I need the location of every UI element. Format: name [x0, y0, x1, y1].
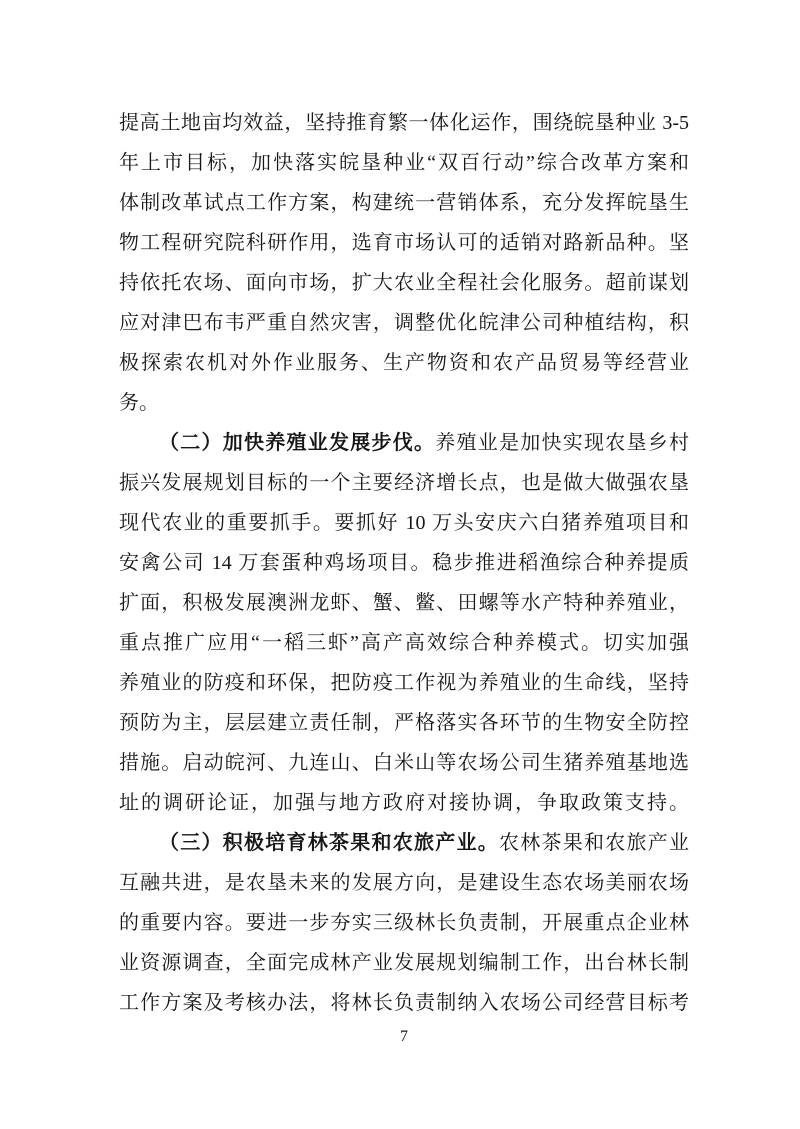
section-heading: （二）加快养殖业发展步伐。	[159, 432, 435, 454]
text-line: 工作方案及考核办法，将林长负责制纳入农场公司经营目标考	[119, 983, 689, 1023]
text-line: 互融共进，是农垦未来的发展方向，是建设生态农场美丽农场	[119, 863, 689, 903]
text-line: 提高土地亩均效益，坚持推育繁一体化运作，围绕皖垦种业 3-5	[119, 103, 689, 143]
document-page: 提高土地亩均效益，坚持推育繁一体化运作，围绕皖垦种业 3-5年上市目标，加快落实…	[0, 0, 800, 1129]
text-line: 极探索农机对外作业服务、生产物资和农产品贸易等经营业	[119, 343, 689, 383]
text-line: 年上市目标，加快落实皖垦种业“双百行动”综合改革方案和	[119, 143, 689, 183]
text-line: 现代农业的重要抓手。要抓好 10 万头安庆六白猪养殖项目和	[119, 503, 689, 543]
text-line: 务。	[119, 383, 689, 423]
document-body: 提高土地亩均效益，坚持推育繁一体化运作，围绕皖垦种业 3-5年上市目标，加快落实…	[119, 103, 689, 1023]
text-line: （二）加快养殖业发展步伐。养殖业是加快实现农垦乡村	[119, 423, 689, 463]
section-heading: （三）积极培育林茶果和农旅产业。	[159, 832, 499, 854]
paragraph-2-livestock-aquaculture: （二）加快养殖业发展步伐。养殖业是加快实现农垦乡村振兴发展规划目标的一个主要经济…	[119, 423, 689, 823]
text-line: 重点推广应用“一稻三虾”高产高效综合种养模式。切实加强	[119, 623, 689, 663]
text-line: 持依托农场、面向市场，扩大农业全程社会化服务。超前谋划	[119, 263, 689, 303]
text-line: 安禽公司 14 万套蛋种鸡场项目。稳步推进稻渔综合种养提质	[119, 543, 689, 583]
text-line: 的重要内容。要进一步夯实三级林长负责制，开展重点企业林	[119, 903, 689, 943]
text-line: 物工程研究院科研作用，选育市场认可的适销对路新品种。坚	[119, 223, 689, 263]
text-line: 体制改革试点工作方案，构建统一营销体系，充分发挥皖垦生	[119, 183, 689, 223]
text-line: 养殖业的防疫和环保，把防疫工作视为养殖业的生命线，坚持	[119, 663, 689, 703]
paragraph-3-forestry-tea-fruit-agritourism: （三）积极培育林茶果和农旅产业。农林茶果和农旅产业互融共进，是农垦未来的发展方向…	[119, 823, 689, 1023]
text-line: （三）积极培育林茶果和农旅产业。农林茶果和农旅产业	[119, 823, 689, 863]
text-line: 措施。启动皖河、九连山、白米山等农场公司生猪养殖基地选	[119, 743, 689, 783]
page-number: 7	[119, 1026, 689, 1048]
text-line: 应对津巴布韦严重自然灾害，调整优化皖津公司种植结构，积	[119, 303, 689, 343]
text-line: 扩面，积极发展澳洲龙虾、蟹、鳖、田螺等水产特种养殖业，	[119, 583, 689, 623]
text-line: 振兴发展规划目标的一个主要经济增长点，也是做大做强农垦	[119, 463, 689, 503]
text-line: 预防为主，层层建立责任制，严格落实各环节的生物安全防控	[119, 703, 689, 743]
text-line: 业资源调查，全面完成林产业发展规划编制工作，出台林长制	[119, 943, 689, 983]
text-line: 址的调研论证，加强与地方政府对接协调，争取政策支持。	[119, 783, 689, 823]
paragraph-seed-industry-continuation: 提高土地亩均效益，坚持推育繁一体化运作，围绕皖垦种业 3-5年上市目标，加快落实…	[119, 103, 689, 423]
